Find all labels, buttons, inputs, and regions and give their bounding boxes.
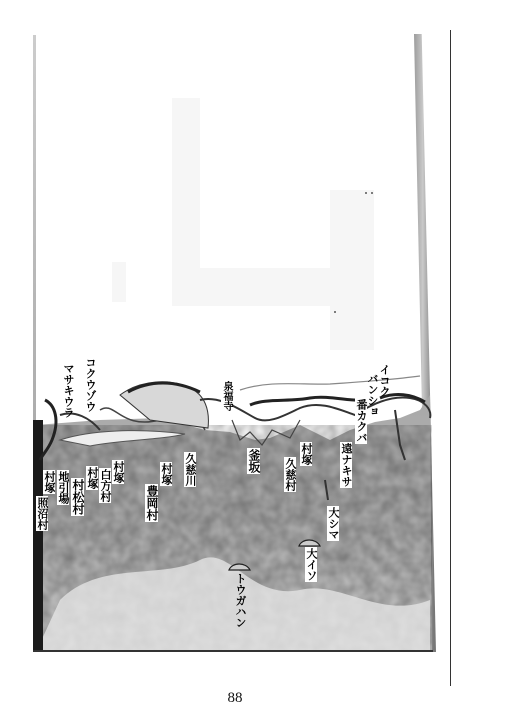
label-jibikiba: 地引場	[57, 470, 69, 505]
page-number: 88	[0, 690, 470, 707]
label-oiso: 大イソ	[305, 547, 317, 582]
label-muratsuka-2: 村塚	[86, 466, 98, 490]
label-ikoku: イコク	[378, 363, 390, 398]
label-toyooka-mura: 豊岡村	[145, 484, 158, 522]
label-kakuba: 番カクバ	[355, 398, 367, 444]
label-kamasaka: 釜坂	[247, 448, 260, 474]
coastal-map	[0, 0, 512, 712]
document-page: コクウゾウ マサキウラ 泉福寺 イコク バンショ 番カクバ 村塚 白方村 村塚 …	[0, 0, 512, 712]
label-teranuma-mura: 照沼村	[36, 496, 48, 531]
label-muratsuka-4: 村塚	[160, 462, 172, 486]
label-muratsuka-1: 村塚	[112, 460, 124, 484]
label-masakiura: マサキウラ	[62, 362, 74, 419]
label-kuji-mura: 久慈村	[284, 457, 296, 492]
label-muramatsu-mura: 村松村	[71, 478, 84, 516]
label-togahan: トウガハン	[234, 572, 246, 629]
label-temple: 泉福寺	[221, 380, 232, 412]
label-muratsuka-5: 村塚	[300, 442, 312, 466]
label-kuji-river: 久慈川	[184, 452, 196, 487]
label-oshima: 大シマ	[327, 506, 339, 541]
label-shirakata-mura: 白方村	[99, 468, 111, 503]
label-muratsuka-3: 村塚	[43, 470, 55, 494]
label-kokuuzou: コクウゾウ	[84, 356, 96, 413]
label-nakisa: 遠ナキサ	[340, 442, 352, 488]
